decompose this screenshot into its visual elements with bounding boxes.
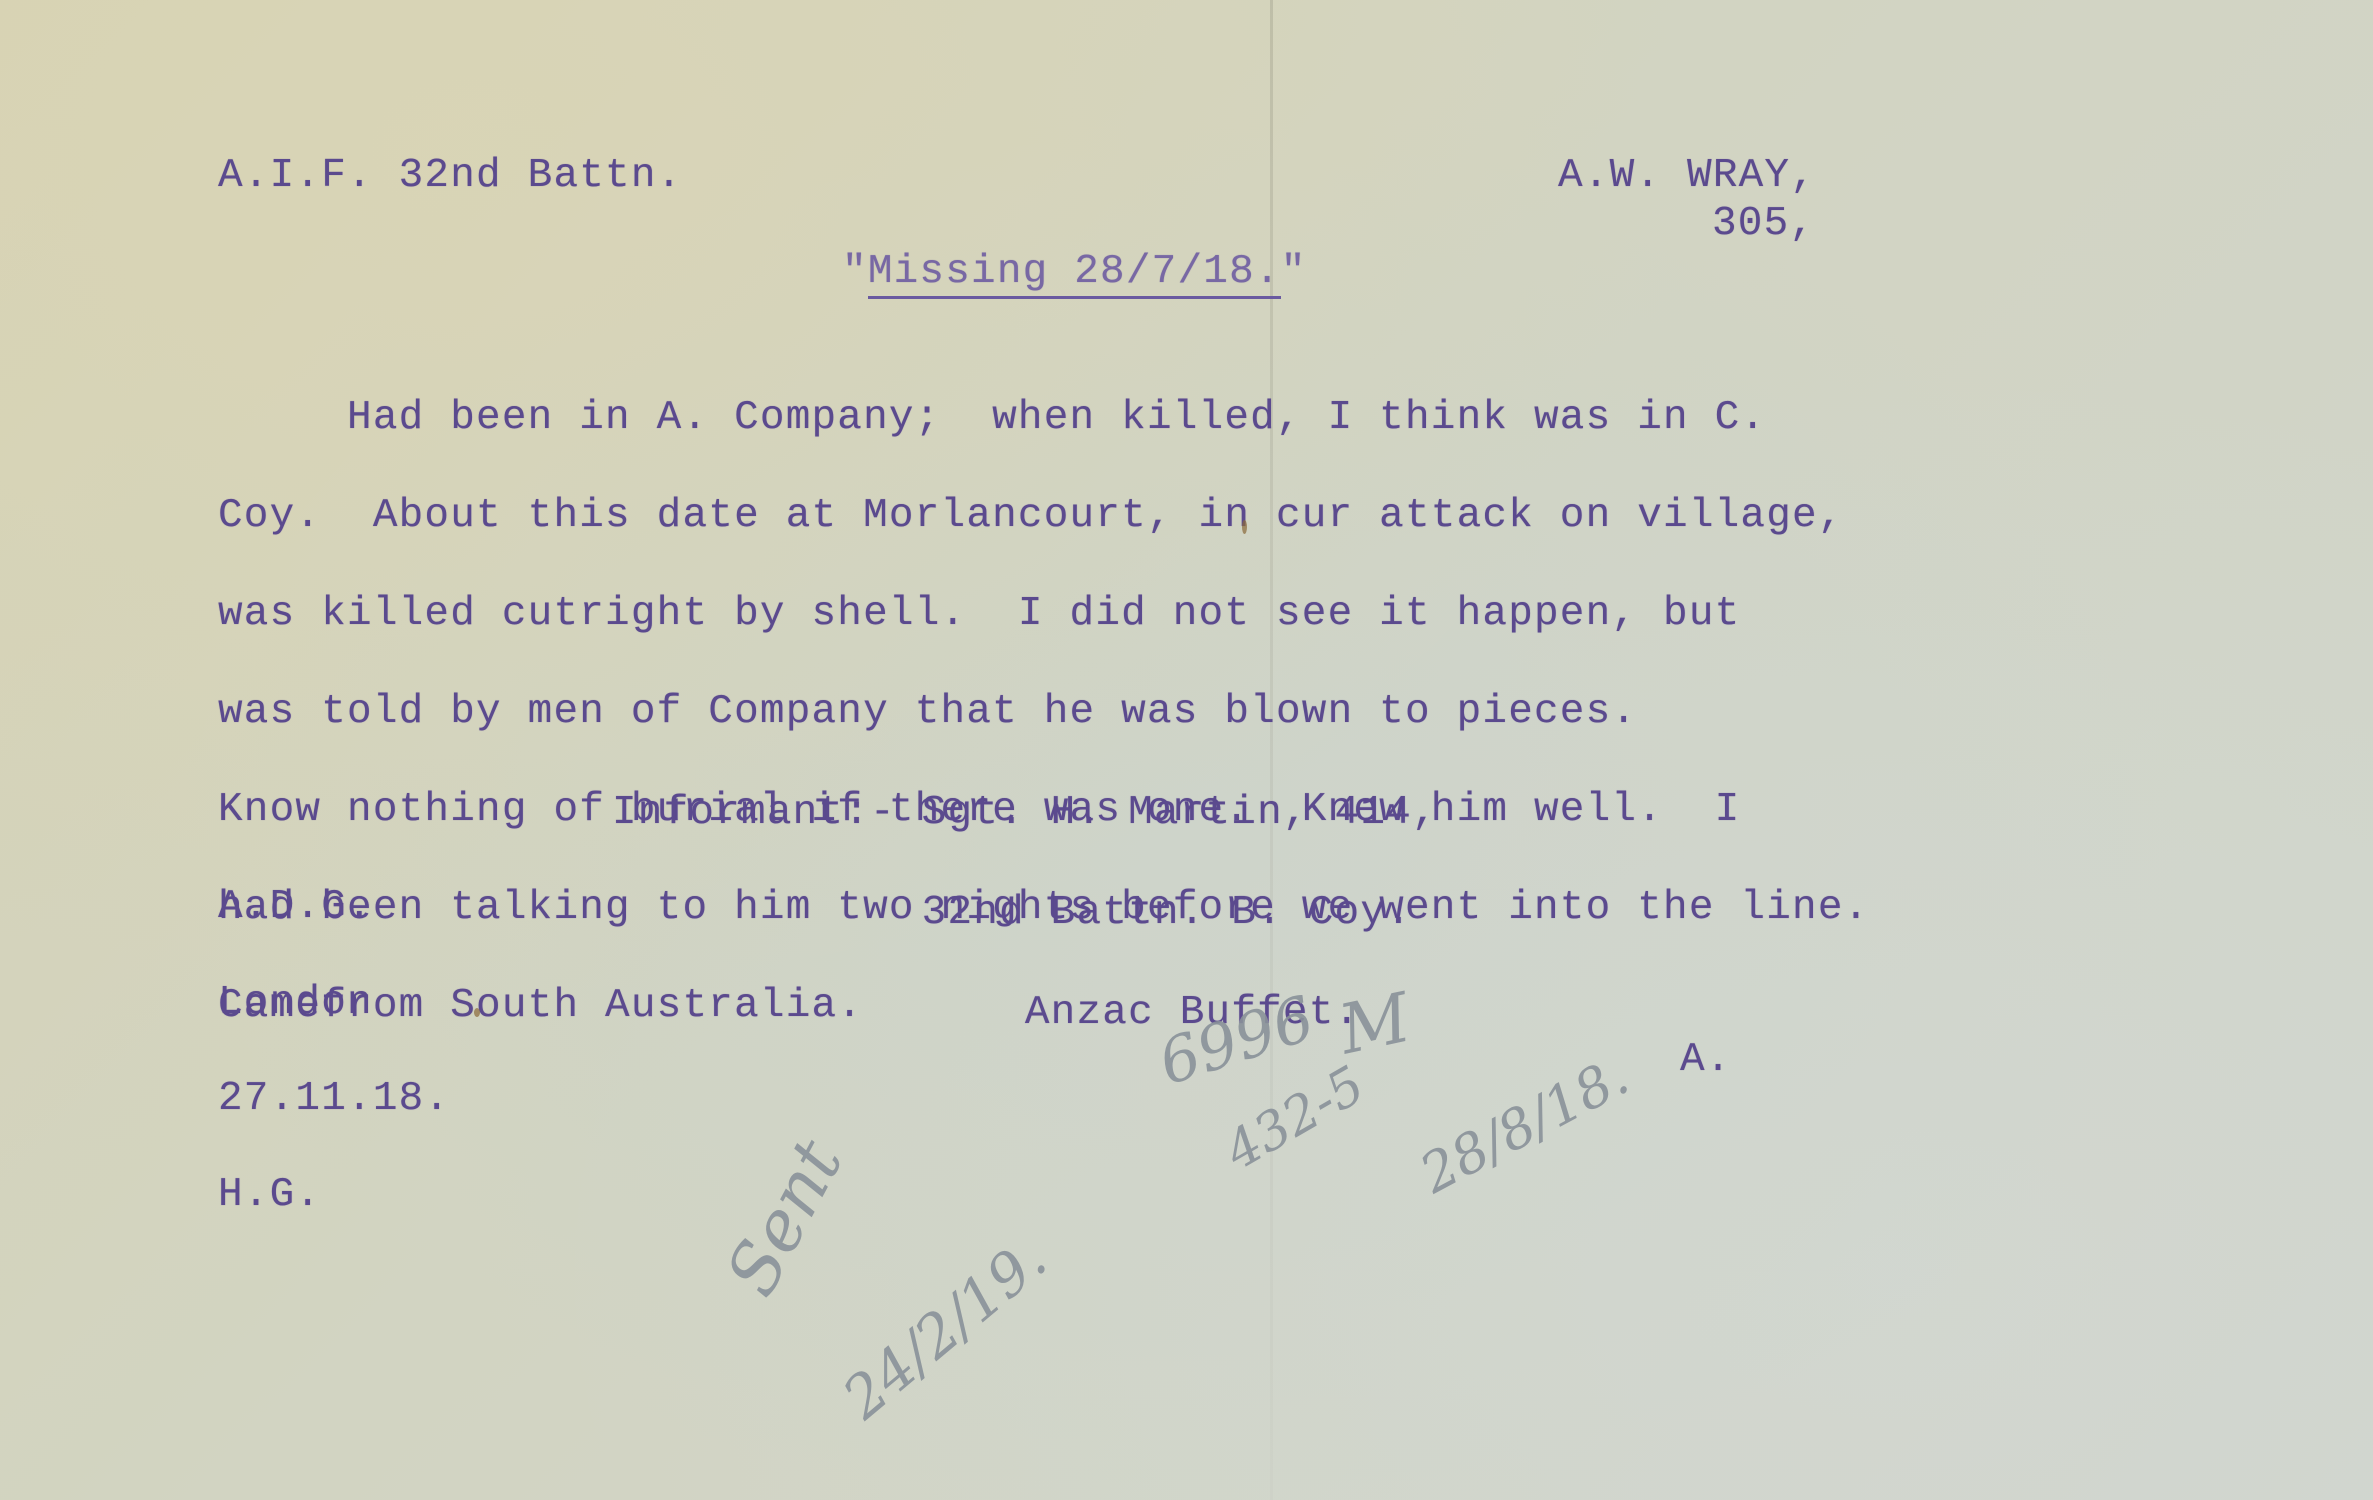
statement-line: was killed cutright by shell. I did not … xyxy=(218,590,1869,639)
statement-line: was told by men of Company that he was b… xyxy=(218,688,1869,737)
title-close-quote: " xyxy=(1281,249,1307,295)
office-code: A.D.G. xyxy=(218,883,450,931)
informant-unit: 32nd Battn. B. Coy. xyxy=(612,888,1438,938)
paper-speck xyxy=(1242,520,1247,534)
office-city: London xyxy=(218,979,450,1027)
unit-heading: A.I.F. 32nd Battn. xyxy=(218,152,682,200)
stamp-letter: A. xyxy=(1680,1036,1732,1084)
office-initials: H.G. xyxy=(218,1171,450,1219)
title-missing-date: Missing 28/7/18. xyxy=(868,249,1281,299)
soldier-name: A.W. WRAY, xyxy=(1558,152,1816,200)
title-open-quote: " xyxy=(842,249,868,295)
statement-line: Coy. About this date at Morlancourt, in … xyxy=(218,492,1869,541)
office-block: A.D.G. London 27.11.18. H.G. xyxy=(218,835,450,1267)
informant-name: Informant:- Sgt. H. Martin, 414, xyxy=(612,788,1438,838)
status-title: "Missing 28/7/18." xyxy=(842,248,1307,296)
paper-speck xyxy=(474,1008,480,1017)
soldier-number: 305, xyxy=(1712,200,1815,248)
office-date: 27.11.18. xyxy=(218,1075,450,1123)
statement-line: Had been in A. Company; when killed, I t… xyxy=(218,394,1869,443)
